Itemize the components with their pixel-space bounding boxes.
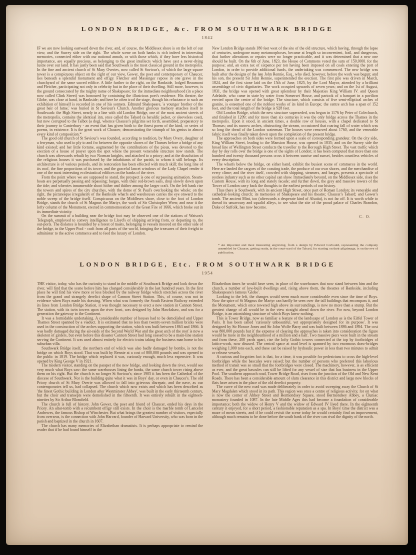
paper-page: LONDON BRIDGE, &c. FROM SOUTHWARK BRIDGE… — [6, 5, 408, 545]
footnote: * An important and most interesting engr… — [212, 243, 378, 254]
paragraph: This is Tower Bridge, now as familiar a … — [212, 316, 378, 355]
paragraph: It was a formidable undertaking. A consi… — [37, 316, 203, 346]
paragraph: Thus there is Southwark, with its ancien… — [212, 188, 378, 209]
section-1954-title: LONDON BRIDGE, Etc. FROM SOUTHWARK BRIDG… — [37, 261, 378, 269]
paragraph: Looking to the left, the changes would s… — [212, 295, 378, 316]
paragraph: The wharfs below the bridge, on either h… — [212, 163, 378, 189]
scanned-book-page: LONDON BRIDGE, &c. FROM SOUTHWARK BRIDGE… — [0, 0, 416, 555]
paragraph: Old London Bridge, which the new structu… — [212, 111, 378, 137]
paragraph: The church is full of history. John Gowe… — [37, 402, 203, 423]
paragraph: The curve of the new road was made delib… — [212, 385, 378, 419]
paragraph: Elizabethan times he would have seen, in… — [212, 282, 378, 295]
paragraph: Southwark Bridge itself, the northern en… — [37, 346, 203, 363]
paragraph: From the point where we are supposed to … — [37, 175, 203, 214]
section-1842-columns: IF we are now looking eastward down the … — [37, 47, 378, 255]
section-1954: LONDON BRIDGE, Etc. FROM SOUTHWARK BRIDG… — [37, 261, 378, 492]
right-column: Elizabethan times he would have seen, in… — [212, 282, 378, 491]
section-1954-date: 1954 — [37, 271, 378, 276]
section-1842: LONDON BRIDGE, &c. FROM SOUTHWARK BRIDGE… — [37, 25, 378, 255]
paragraph: The approaches on both sides were formed… — [212, 137, 378, 163]
paragraph: The modern visitor, standing on the para… — [37, 364, 203, 403]
paragraph: THE visitor, today, who has the curiosit… — [37, 282, 203, 316]
author-initials: C. O. — [212, 214, 378, 219]
page-content: LONDON BRIDGE, &c. FROM SOUTHWARK BRIDGE… — [6, 5, 408, 545]
paragraph: New London Bridge stands 180 feet west o… — [212, 47, 378, 111]
paragraph: On the summit of a building near the bri… — [37, 214, 203, 235]
section-1954-columns: THE visitor, today, who has the curiosit… — [37, 282, 378, 491]
section-1842-date: 1842 — [37, 36, 378, 41]
section-1842-title: LONDON BRIDGE, &c. FROM SOUTHWARK BRIDGE — [37, 25, 378, 33]
paragraph: The good old church of St Saviour's was … — [37, 137, 203, 176]
paragraph: A curious and forgotten fact is that, fo… — [212, 355, 378, 385]
paragraph: The church has many memories of Elizabet… — [37, 424, 203, 433]
paragraph: IF we are now looking eastward down the … — [37, 47, 203, 137]
left-column: IF we are now looking eastward down the … — [37, 47, 203, 255]
left-column: THE visitor, today, who has the curiosit… — [37, 282, 203, 491]
right-column: New London Bridge stands 180 feet west o… — [212, 47, 378, 255]
